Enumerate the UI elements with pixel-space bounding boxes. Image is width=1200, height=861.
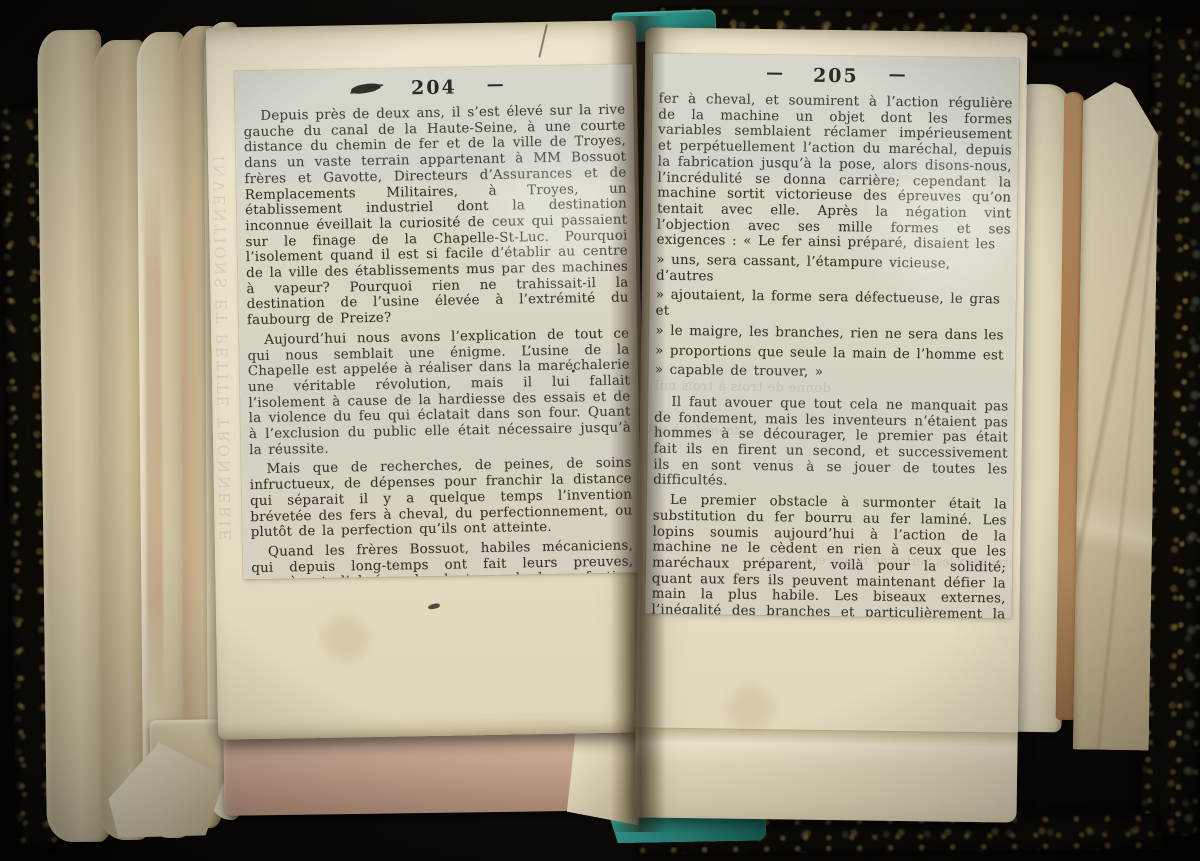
page-fold-crease [634,727,1017,823]
newspaper-clipping-left: — 204 — Depuis près de deux ans, il s’es… [235,64,642,579]
quote-line: » uns, sera cassant, l’étampure vicieuse… [656,253,1010,289]
page-header-left: — 204 — [243,71,625,106]
paragraph: fer à cheval, et soumirent à l’action ré… [656,92,1012,254]
header-dash: — [889,65,906,85]
torn-page-stub-outer [1073,81,1159,750]
paper-crack [538,24,547,57]
bleedthrough-vertical-text: INVENTIONS ET PETITE TRONNERIE [210,155,236,585]
page-number-right: 205 [813,65,859,88]
left-page: INVENTIONS ET PETITE TRONNERIE — 204 — D… [206,20,648,739]
book-photograph: INVENTIONS ET PETITE TRONNERIE — 204 — D… [0,0,1200,861]
quote-line: » proportions que seule la main de l’hom… [655,343,1009,364]
bottom-page-edge-pink [223,730,624,816]
right-page: — 205 — fer à cheval, et soumirent à l’a… [635,27,1028,822]
page-header-right: — 205 — [659,60,1013,93]
quote-line: » ajoutaient, la forme sera défectueuse,… [655,288,1009,324]
ink-speck [572,369,575,372]
header-dash: — [487,75,504,95]
ink-mark [428,602,441,610]
paragraph: Depuis près de deux ans, il s’est élevé … [243,102,629,328]
quote-line: » le maigre, les branches, rien ne sera … [655,323,1009,344]
paragraph: Mais que de recherches, de peines, de so… [249,456,632,541]
bleedthrough-fragment: est également [650,421,740,437]
header-dash: — [766,63,783,83]
newspaper-clipping-right: — 205 — fer à cheval, et soumirent à l’a… [645,53,1019,618]
page-number-left: 204 [411,76,457,99]
paragraph: Quand les frères Bossuot, habiles mécani… [251,538,634,579]
paragraph: Aujourd’hui nous avons l’explication de … [247,326,631,458]
paragraph: Il faut avouer que tout cela ne manquait… [653,394,1008,493]
header-dash: — [364,77,381,97]
